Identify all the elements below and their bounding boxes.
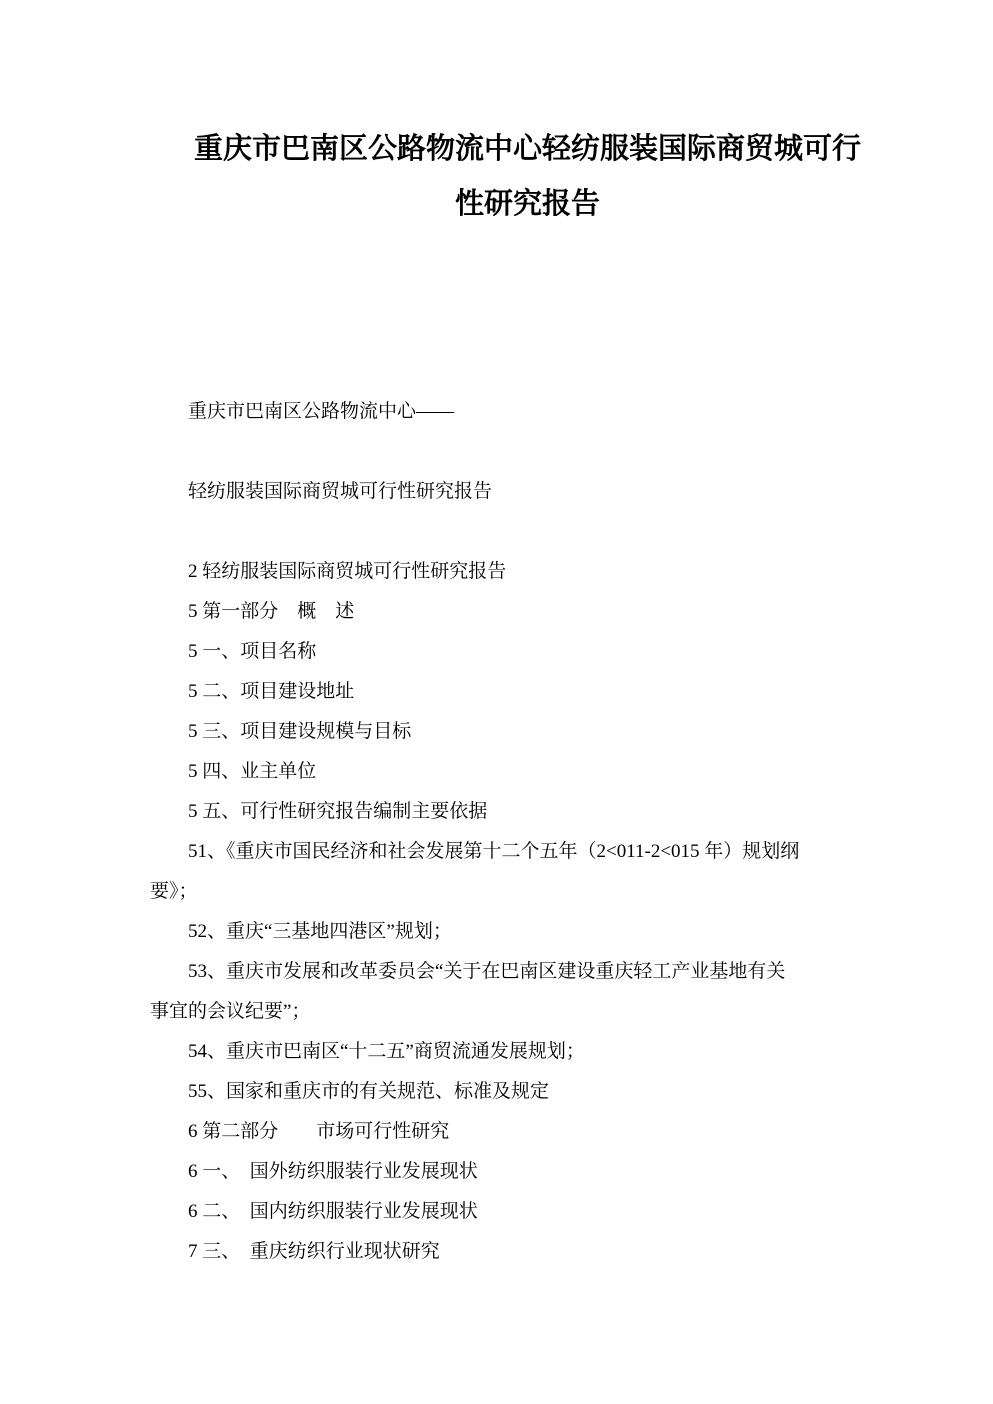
toc-line-basis-3-wrap: 事宜的会议纪要”；	[150, 992, 905, 1032]
toc-line-owner-unit: 5 四、业主单位	[150, 752, 905, 792]
toc-line-basis-5: 55、国家和重庆市的有关规范、标准及规定	[150, 1072, 905, 1112]
toc-line-basis-4: 54、重庆市巴南区“十二五”商贸流通发展规划；	[150, 1032, 905, 1072]
toc-line-report-basis: 5 五、可行性研究报告编制主要依据	[150, 792, 905, 832]
toc-line-chongqing-industry: 7 三、 重庆纺织行业现状研究	[150, 1232, 905, 1272]
toc-list: 2 轻纺服装国际商贸城可行性研究报告 5 第一部分 概 述 5 一、项目名称 5…	[150, 552, 905, 1272]
toc-line-basis-3: 53、重庆市发展和改革委员会“关于在巴南区建设重庆轻工产业基地有关	[150, 952, 905, 992]
toc-line-domestic-industry: 6 二、 国内纺织服装行业发展现状	[150, 1192, 905, 1232]
document-title: 重庆市巴南区公路物流中心轻纺服装国际商贸城可行 性研究报告	[150, 122, 905, 232]
document-title-line-2: 性研究报告	[150, 177, 905, 232]
toc-line-report-title: 2 轻纺服装国际商贸城可行性研究报告	[150, 552, 905, 592]
document-content: 重庆市巴南区公路物流中心轻纺服装国际商贸城可行 性研究报告 重庆市巴南区公路物流…	[0, 0, 993, 1272]
toc-line-foreign-industry: 6 一、 国外纺织服装行业发展现状	[150, 1152, 905, 1192]
toc-line-basis-1: 51、《重庆市国民经济和社会发展第十二个五年（2<011-2<015 年）规划纲	[150, 832, 905, 872]
subtitle-line-2: 轻纺服装国际商贸城可行性研究报告	[150, 472, 905, 512]
toc-line-part1: 5 第一部分 概 述	[150, 592, 905, 632]
toc-line-project-name: 5 一、项目名称	[150, 632, 905, 672]
document-page: 重庆市巴南区公路物流中心轻纺服装国际商贸城可行 性研究报告 重庆市巴南区公路物流…	[0, 0, 993, 1404]
toc-line-project-scale: 5 三、项目建设规模与目标	[150, 712, 905, 752]
title-spacer	[150, 232, 905, 392]
document-title-line-1: 重庆市巴南区公路物流中心轻纺服装国际商贸城可行	[150, 122, 905, 177]
toc-line-part2: 6 第二部分 市场可行性研究	[150, 1112, 905, 1152]
toc-line-project-address: 5 二、项目建设地址	[150, 672, 905, 712]
subtitle-line-1: 重庆市巴南区公路物流中心——	[150, 392, 905, 432]
toc-line-basis-1-wrap: 要》；	[150, 872, 905, 912]
toc-line-basis-2: 52、重庆“三基地四港区”规划；	[150, 912, 905, 952]
